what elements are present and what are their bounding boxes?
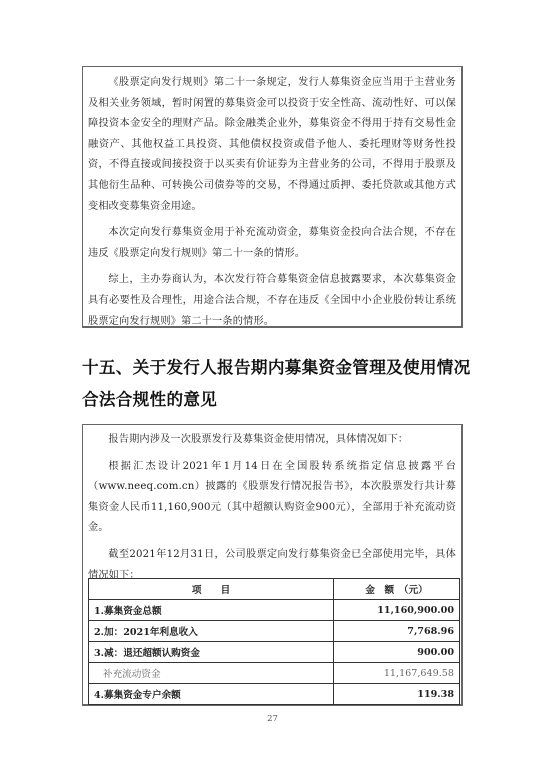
section-heading: 十五、关于发行人报告期内募集资金管理及使用情况合法合规性的意见 xyxy=(82,352,482,416)
table-header-row: 项 目 金 额 （元） xyxy=(89,579,460,600)
table-row: 1.募集资金总额 11,160,900.00 xyxy=(89,600,460,621)
paragraph-issuance: 根据汇杰设计2021年1月14日在全国股转系统指定信息披露平台（www.neeq… xyxy=(88,457,456,539)
header-amount: 金 额 （元） xyxy=(334,579,460,600)
row-amount: 119.38 xyxy=(334,684,460,705)
opinion-box-fund-management: 报告期内涉及一次股票发行及募集资金使用情况，具体情况如下： 根据汇杰设计2021… xyxy=(82,424,463,706)
paragraph-rule-21: 《股票定向发行规则》第二十一条规定，发行人募集资金应当用于主营业务及相关业务领域… xyxy=(88,73,456,217)
row-item: 2.加：2021年利息收入 xyxy=(89,621,334,642)
row-item: 1.募集资金总额 xyxy=(89,600,334,621)
paragraph-compliance: 本次定向发行募集资金用于补充流动资金，募集资金投向合法合规，不存在违反《股票定向… xyxy=(88,223,456,264)
row-item: 3.减：退还超额认购资金 xyxy=(89,642,334,663)
page-number: 27 xyxy=(0,714,545,724)
table-row: 2.加：2021年利息收入 7,768.96 xyxy=(89,621,460,642)
paragraph-conclusion: 综上，主办券商认为，本次发行符合募集资金信息披露要求，本次募集资金具有必要性及合… xyxy=(88,270,456,332)
row-amount: 11,160,900.00 xyxy=(334,600,460,621)
row-item: 4.募集资金专户余额 xyxy=(89,684,334,705)
row-item: 补充流动资金 xyxy=(89,663,334,684)
opinion-box-fund-use: 《股票定向发行规则》第二十一条规定，发行人募集资金应当用于主营业务及相关业务领域… xyxy=(82,66,463,328)
row-amount: 900.00 xyxy=(334,642,460,663)
row-amount: 11,167,649.58 xyxy=(334,663,460,684)
table-row: 3.减：退还超额认购资金 900.00 xyxy=(89,642,460,663)
table-row: 4.募集资金专户余额 119.38 xyxy=(89,684,460,705)
header-item: 项 目 xyxy=(89,579,334,600)
table-row: 补充流动资金 11,167,649.58 xyxy=(89,663,460,684)
fund-usage-table: 项 目 金 额 （元） 1.募集资金总额 11,160,900.00 2.加：2… xyxy=(88,578,460,705)
row-amount: 7,768.96 xyxy=(334,621,460,642)
paragraph-intro: 报告期内涉及一次股票发行及募集资金使用情况，具体情况如下： xyxy=(88,430,456,451)
